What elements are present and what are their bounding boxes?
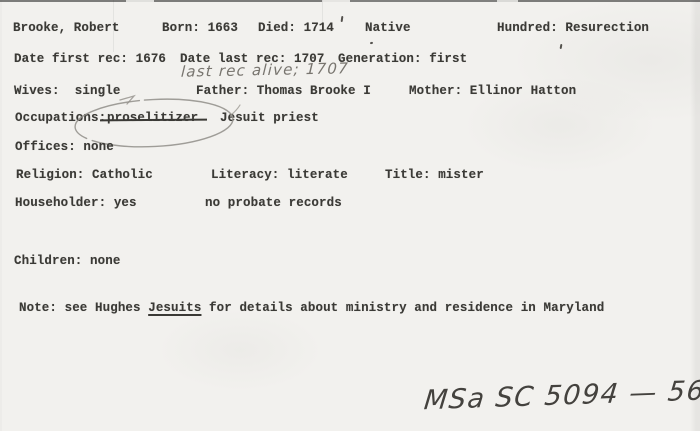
- field-native: Native: [365, 21, 411, 35]
- field-generation: Generation: first: [338, 52, 467, 66]
- field-born: Born: 1663: [162, 21, 238, 35]
- note-prefix: Note: see Hughes: [19, 301, 148, 315]
- handwritten-correction: last rec alive; 1707: [181, 59, 350, 81]
- field-mother: Mother: Ellinor Hatton: [409, 84, 576, 98]
- field-literacy: Literacy: literate: [211, 168, 348, 182]
- note-book-title: Jesuits: [148, 301, 201, 315]
- field-name: Brooke, Robert: [13, 21, 119, 35]
- field-offices: Offices: none: [15, 140, 114, 154]
- field-children: Children: none: [14, 254, 120, 268]
- note-suffix: for details about ministry and residence…: [201, 301, 604, 315]
- field-note: Note: see Hughes Jesuits for details abo…: [19, 301, 604, 315]
- field-date-first-rec: Date first rec: 1676: [14, 52, 166, 66]
- field-householder: Householder: yes: [15, 196, 137, 210]
- field-religion: Religion: Catholic: [16, 168, 153, 182]
- field-hundred: Hundred: Resurection: [497, 21, 649, 35]
- field-died: Died: 1714: [258, 21, 334, 35]
- field-probate: no probate records: [205, 196, 342, 210]
- scan-edge-artifact: [0, 0, 700, 2]
- field-title: Title: mister: [385, 168, 484, 182]
